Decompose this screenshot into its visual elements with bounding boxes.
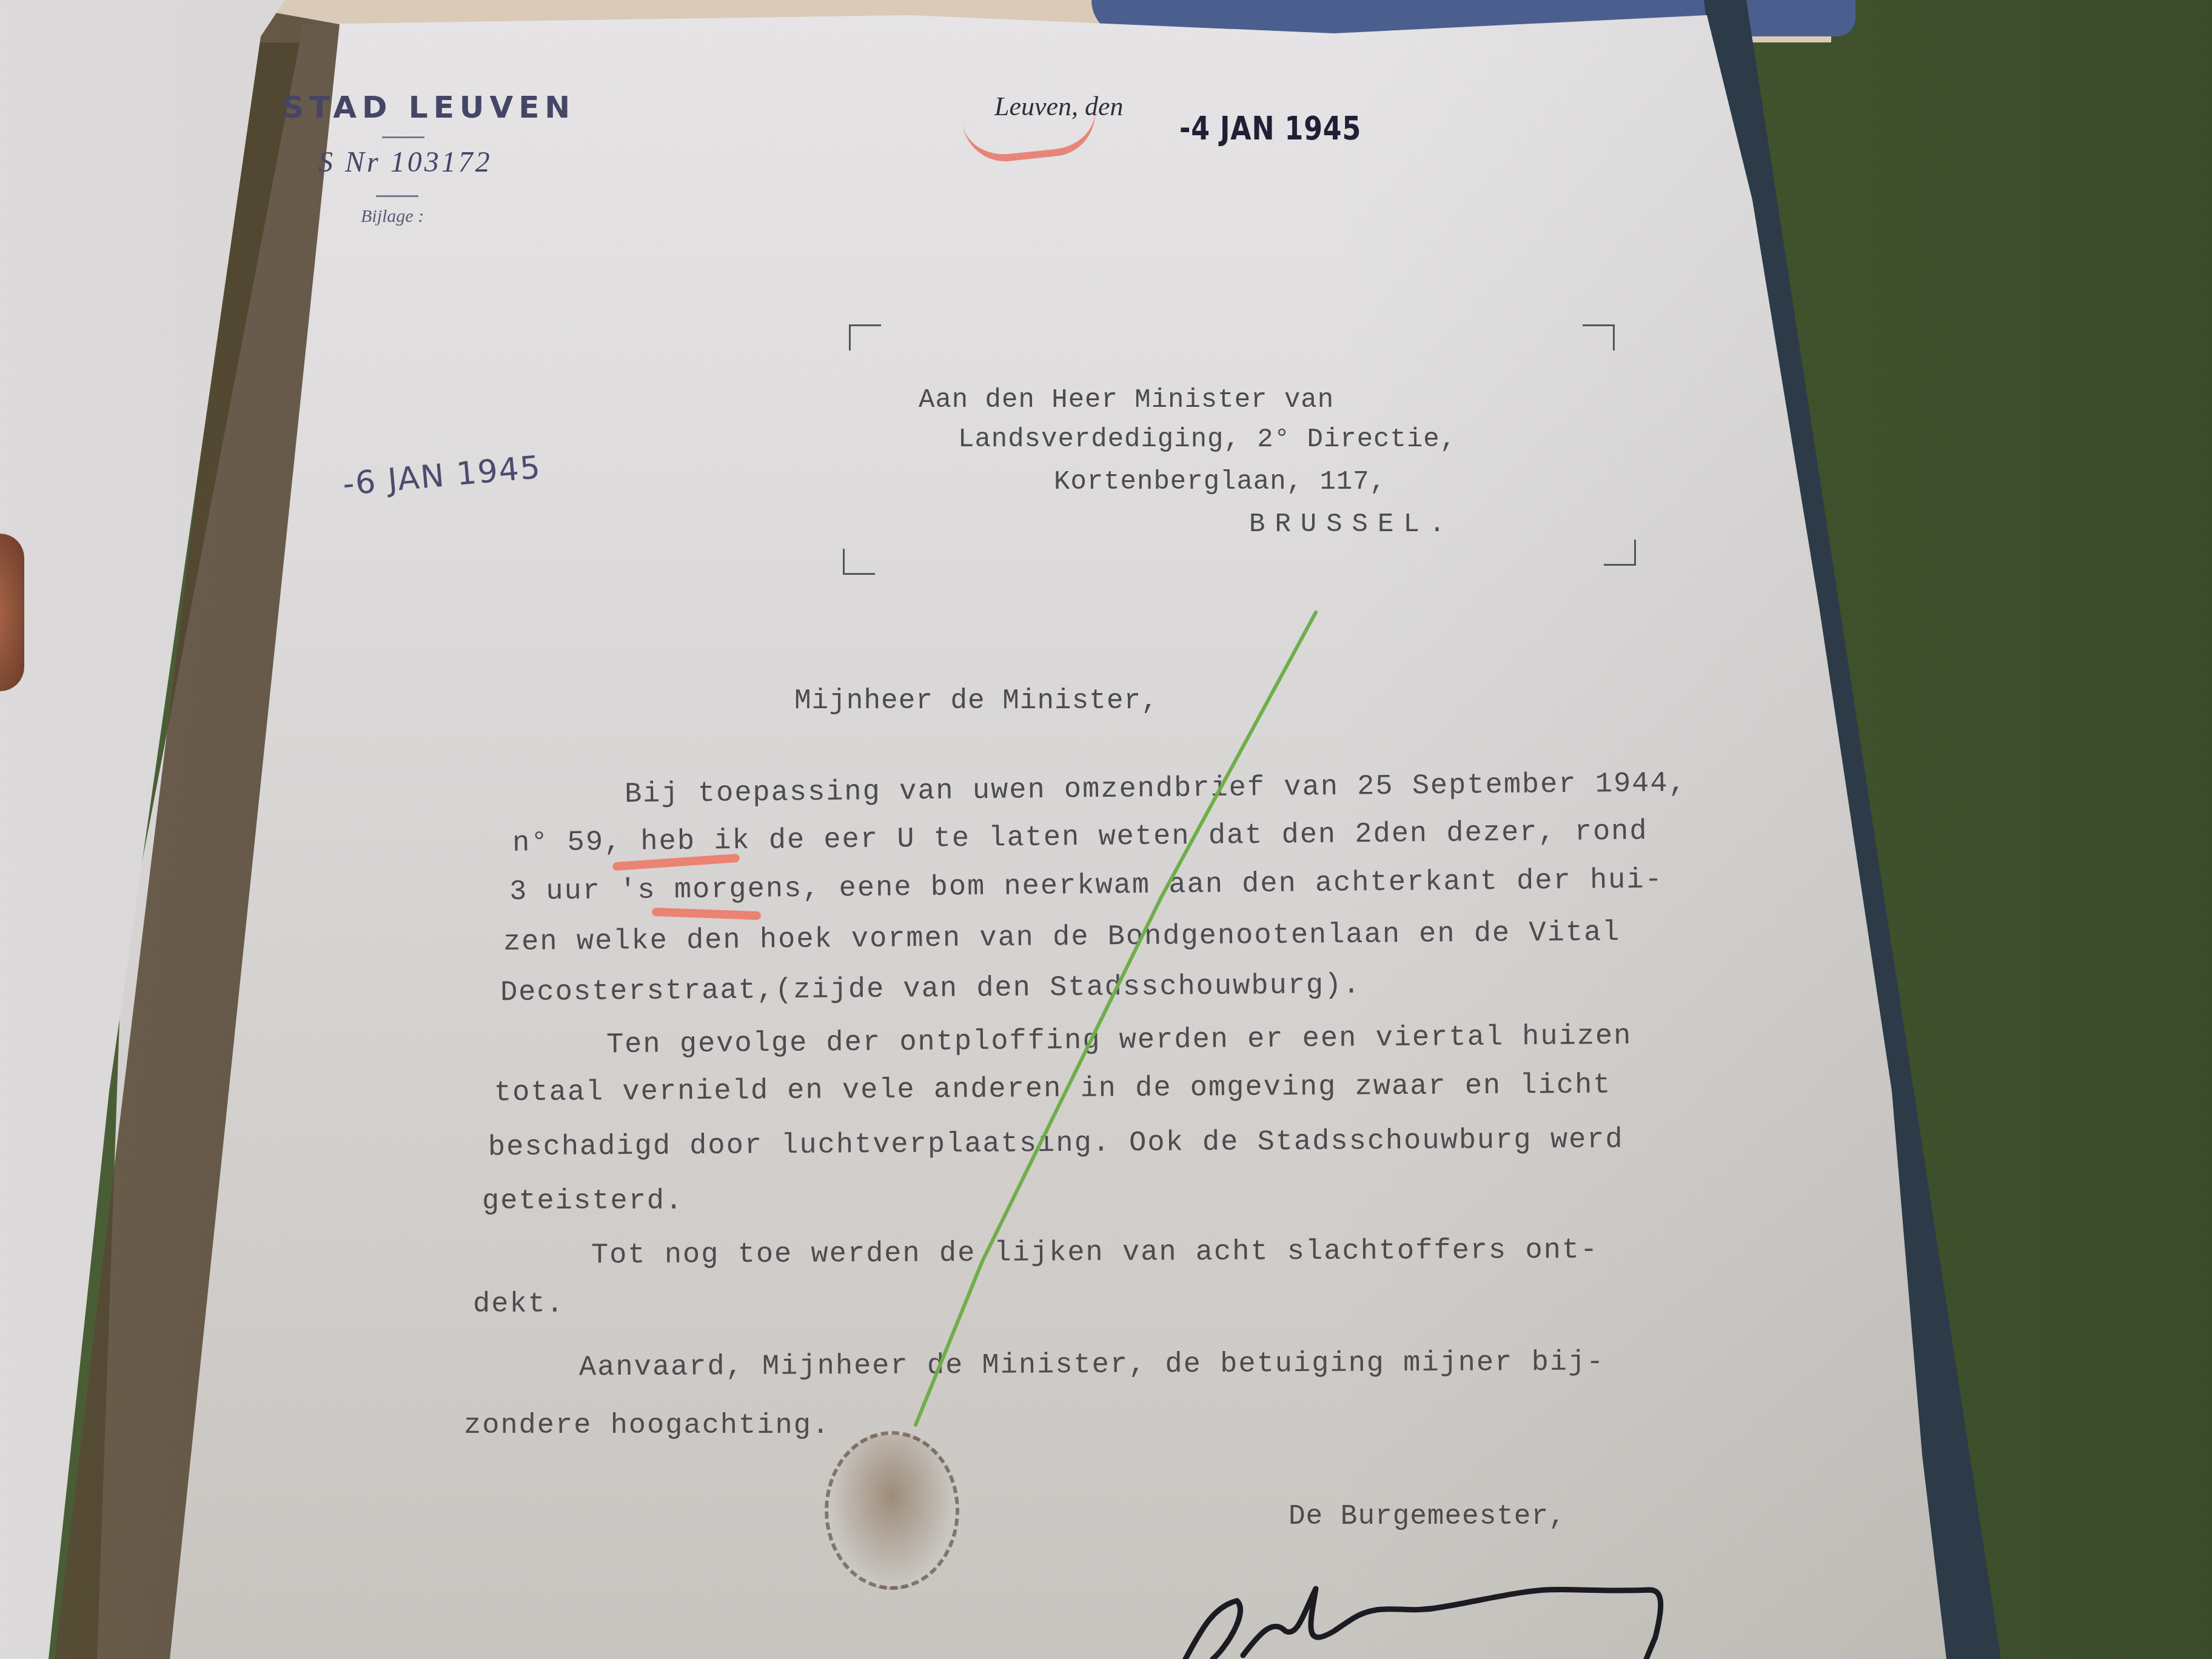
attachment-label: Bijlage :	[361, 206, 424, 227]
body-line: zondere hoogachting.	[464, 1410, 830, 1442]
address-corner-mark	[843, 549, 875, 575]
reference-number: S Nr 103172	[318, 146, 492, 179]
address-corner-mark	[1583, 324, 1615, 350]
address-line: Aan den Heer Minister van	[919, 385, 1334, 415]
letterhead-divider	[376, 195, 418, 197]
address-line: Landsverdediging, 2° Directie,	[958, 424, 1456, 455]
body-line: Tot nog toe werden de lijken van acht sl…	[591, 1235, 1599, 1272]
letterhead-divider	[382, 136, 424, 138]
body-line: Aanvaard, Mijnheer de Minister, de betui…	[579, 1347, 1605, 1384]
signatory-title: De Burgemeester,	[1289, 1501, 1566, 1532]
salutation: Mijnheer de Minister,	[794, 685, 1159, 717]
address-city: BRUSSEL.	[1249, 509, 1455, 540]
body-line: geteisterd.	[482, 1185, 683, 1218]
letterhead-city: STAD LEUVEN	[282, 90, 575, 125]
finger	[0, 534, 24, 691]
body-line: dekt.	[473, 1289, 565, 1321]
address-corner-mark	[1604, 540, 1636, 566]
date-stamp: -4 JAN 1945	[1179, 109, 1361, 147]
municipal-seal-icon	[825, 1431, 959, 1590]
address-corner-mark	[849, 324, 881, 350]
address-line: Kortenberglaan, 117,	[1054, 467, 1386, 497]
